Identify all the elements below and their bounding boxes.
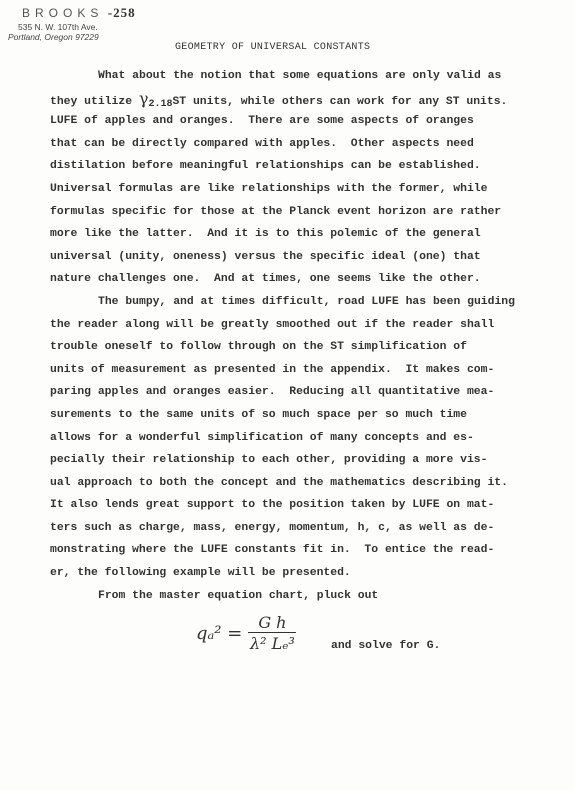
document-body: What about the notion that some equation… [50,65,570,607]
address-stamp: BROOKS -258 535 N. W. 107th Ave. Portlan… [4,4,136,42]
text-line: universal (unity, oneness) versus the sp… [50,246,570,269]
text-line: more like the latter. And it is to this … [50,223,570,246]
equation-numerator: G h [248,613,296,633]
text-line: ters such as charge, mass, energy, momen… [50,517,570,540]
closing-text: and solve for G. [331,640,440,652]
text-line: paring apples and oranges easier. Reduci… [50,381,570,404]
text-line: that can be directly compared with apple… [50,133,570,156]
gamma-symbol: γ [139,89,149,108]
text-line: From the master equation chart, pluck ou… [50,585,570,608]
stamp-name: BROOKS [22,6,103,20]
text-line: trouble oneself to follow through on the… [50,336,570,359]
text-line: Universal formulas are like relationship… [50,178,570,201]
text-line: formulas specific for those at the Planc… [50,201,570,224]
page-title: GEOMETRY OF UNIVERSAL CONSTANTS [175,42,370,53]
text-line: surements to the same units of so much s… [50,404,570,427]
equation-lhs: qₐ² = [196,623,242,644]
text-line: they utilize γ2.18ST units, while others… [50,88,570,111]
text-line: The bumpy, and at times difficult, road … [50,291,570,314]
text-line: nature challenges one. And at times, one… [50,268,570,291]
equation-fraction: G h λ² Lₑ³ [248,613,296,653]
text-line: units of measurement as presented in the… [50,359,570,382]
text-line: LUFE of apples and oranges. There are so… [50,110,570,133]
equation: qₐ² = G h λ² Lₑ³ [196,613,296,653]
text-line: What about the notion that some equation… [50,65,570,88]
text-line: It also lends great support to the posit… [50,494,570,517]
text-line: distilation before meaningful relationsh… [50,155,570,178]
text-line: allows for a wonderful simplification of… [50,427,570,450]
text-line: ual approach to both the concept and the… [50,472,570,495]
stamp-address: 535 N. W. 107th Ave. [18,22,136,32]
equation-denominator: λ² Lₑ³ [250,633,295,653]
stamp-city: Portland, Oregon 97229 [8,32,136,42]
text-line: monstrating where the LUFE constants fit… [50,539,570,562]
stamp-number: -258 [108,5,136,20]
gamma-subscript: 2.18 [148,99,172,110]
text-line: pecially their relationship to each othe… [50,449,570,472]
text-line: the reader along will be greatly smoothe… [50,314,570,337]
text-line: er, the following example will be presen… [50,562,570,585]
